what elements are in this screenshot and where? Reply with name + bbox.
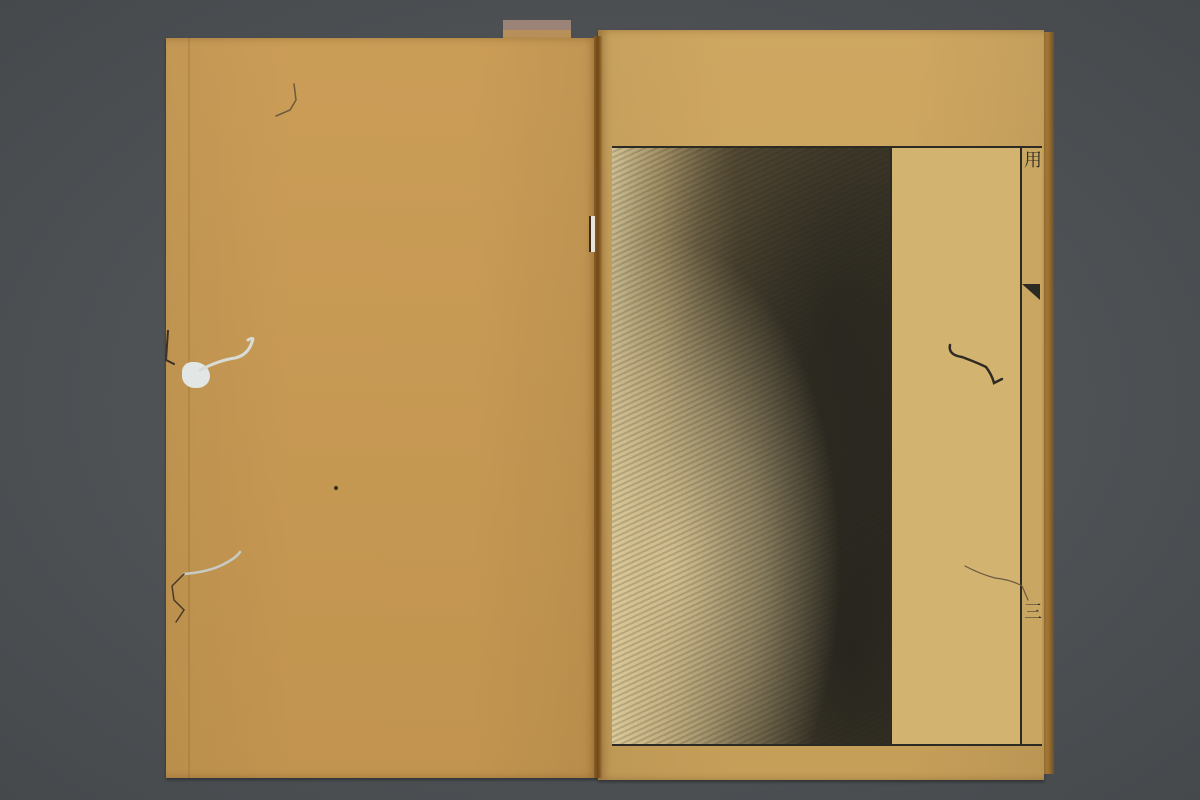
blank-print-panel: [892, 146, 1020, 746]
staple-clip: [589, 216, 595, 252]
worm-trail: [268, 80, 308, 125]
worm-trail: [940, 335, 1020, 395]
block-fold-column: [1020, 146, 1042, 746]
left-page-margin-line: [188, 38, 190, 778]
fish-tail-mark: [1022, 284, 1040, 300]
left-page: [166, 38, 598, 778]
fold-title-char: 用: [1023, 152, 1043, 170]
worm-trail: [160, 330, 270, 400]
woodblock-illustration: [612, 146, 892, 746]
paper-spot: [334, 486, 338, 490]
worm-trail: [960, 560, 1040, 610]
worm-trail: [164, 550, 254, 630]
book-gutter: [594, 36, 602, 778]
